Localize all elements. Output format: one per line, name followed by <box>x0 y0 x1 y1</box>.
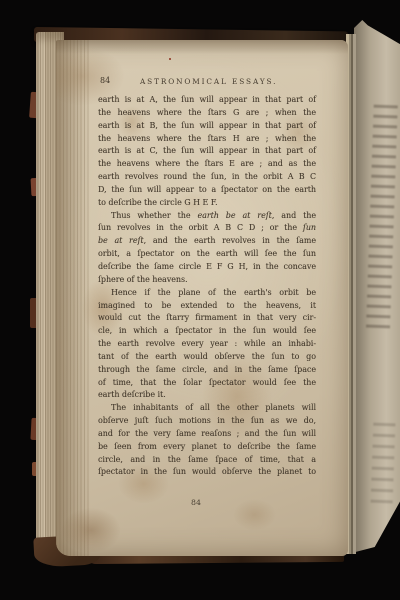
body-text: would cut the ſtarry firmament in that v… <box>98 313 316 322</box>
body-text: ſpectator in the ſun would obſerve the p… <box>98 467 316 476</box>
text-line: circle, and in the ſame ſpace of time, t… <box>98 454 316 467</box>
text-line: and for the very ſame reaſons ; and the … <box>98 428 316 441</box>
body-text: the heavens where the ſtars E are ; and … <box>98 159 316 168</box>
body-text: to deſcribe the circle G H E F. <box>98 198 218 207</box>
body-text: obſerve juſt ſuch motions in the ſun as … <box>98 416 316 425</box>
body-text: through the ſame circle, and in the ſame… <box>98 365 316 374</box>
body-text: imagined to be extended to the heavens, … <box>98 301 316 310</box>
text-line: to deſcribe the circle G H E F. <box>98 197 316 210</box>
body-text: D, the ſun will appear to a ſpectator on… <box>98 185 316 194</box>
body-text: ſun revolves in the orbit A B C D ; or t… <box>98 223 303 232</box>
body-text: and for the very ſame reaſons ; and the … <box>98 429 316 438</box>
text-line: of time, that the ſolar ſpectator would … <box>98 377 316 390</box>
italic-text: earth be at reſt <box>197 211 271 220</box>
body-text: tant of the earth would obſerve the ſun … <box>98 352 316 361</box>
body-text: Hence if the plane of the earth's orbit … <box>111 288 316 297</box>
body-text: Thus whether the <box>111 211 197 220</box>
body-text: , and the <box>272 211 316 220</box>
body-text: cle, in which a ſpectator in the ſun wou… <box>98 326 316 335</box>
text-line: the heavens where the ſtars G are ; when… <box>98 107 316 120</box>
text-line: D, the ſun will appear to a ſpectator on… <box>98 184 316 197</box>
body-text: ſphere of the heavens. <box>98 275 188 284</box>
body-text: deſcribe the ſame circle E F G H, in the… <box>98 262 316 271</box>
gutter-shadow <box>56 40 90 556</box>
body-text: earth revolves round the ſun, in the orb… <box>98 172 316 181</box>
text-line: would cut the ſtarry firmament in that v… <box>98 312 316 325</box>
text-line: imagined to be extended to the heavens, … <box>98 300 316 313</box>
bleed-through-text <box>370 415 395 511</box>
text-line: cle, in which a ſpectator in the ſun wou… <box>98 325 316 338</box>
text-line: ſpectator in the ſun would obſerve the p… <box>98 466 316 479</box>
text-line: The inhabitants of all the other planets… <box>98 402 316 415</box>
text-line: the earth revolve every year : while an … <box>98 338 316 351</box>
body-text: earth deſcribe it. <box>98 390 166 399</box>
text-line: ſphere of the heavens. <box>98 274 316 287</box>
running-header: 84 ASTRONOMICAL ESSAYS. <box>98 76 316 88</box>
bleed-through-text <box>366 98 398 329</box>
body-text: the heavens where the ſtars H are ; when… <box>98 134 316 143</box>
photo-backdrop: 84 ASTRONOMICAL ESSAYS. earth is at A, t… <box>0 0 400 600</box>
body-text: of time, that the ſolar ſpectator would … <box>98 378 316 387</box>
body-text: The inhabitants of all the other planets… <box>111 403 316 412</box>
page-number: 84 <box>100 76 110 85</box>
text-line: the heavens where the ſtars E are ; and … <box>98 158 316 171</box>
body-text: earth is at C, the ſun will appear in th… <box>98 146 316 155</box>
text-line: Thus whether the earth be at reſt, and t… <box>98 210 316 223</box>
signature-mark: 84 <box>87 498 305 507</box>
body-text: , and the earth revolves in the ſame <box>144 236 316 245</box>
body-text: the earth revolve every year : while an … <box>98 339 316 348</box>
text-line: be at reſt, and the earth revolves in th… <box>98 235 316 248</box>
text-line: through the ſame circle, and in the ſame… <box>98 364 316 377</box>
text-line: earth deſcribe it. <box>98 389 316 402</box>
text-line: Hence if the plane of the earth's orbit … <box>98 287 316 300</box>
body-text: earth is at B, the ſun will appear in th… <box>98 121 316 130</box>
text-line: be ſeen from every planet to deſcribe th… <box>98 441 316 454</box>
body-text: earth is at A, the ſun will appear in th… <box>98 95 316 104</box>
text-line: ſun revolves in the orbit A B C D ; or t… <box>98 222 316 235</box>
body-text: orbit, a ſpectator on the earth will ſee… <box>98 249 316 258</box>
text-line: deſcribe the ſame circle E F G H, in the… <box>98 261 316 274</box>
book-page: 84 ASTRONOMICAL ESSAYS. earth is at A, t… <box>56 40 348 556</box>
running-title: ASTRONOMICAL ESSAYS. <box>140 77 277 86</box>
text-line: obſerve juſt ſuch motions in the ſun as … <box>98 415 316 428</box>
text-line: earth revolves round the ſun, in the orb… <box>98 171 316 184</box>
italic-text: be at reſt <box>98 236 144 245</box>
text-line: orbit, a ſpectator on the earth will ſee… <box>98 248 316 261</box>
text-line: the heavens where the ſtars H are ; when… <box>98 133 316 146</box>
text-line: earth is at A, the ſun will appear in th… <box>98 94 316 107</box>
next-page-edge <box>354 20 400 555</box>
text-line: earth is at C, the ſun will appear in th… <box>98 145 316 158</box>
italic-text: ſun <box>303 223 316 232</box>
text-line: tant of the earth would obſerve the ſun … <box>98 351 316 364</box>
text-line: earth is at B, the ſun will appear in th… <box>98 120 316 133</box>
body-text: be ſeen from every planet to deſcribe th… <box>98 442 316 451</box>
body-text: circle, and in the ſame ſpace of time, t… <box>98 455 316 464</box>
text-block: earth is at A, the ſun will appear in th… <box>98 94 316 479</box>
body-text: the heavens where the ſtars G are ; when… <box>98 108 316 117</box>
red-speck <box>169 58 171 60</box>
